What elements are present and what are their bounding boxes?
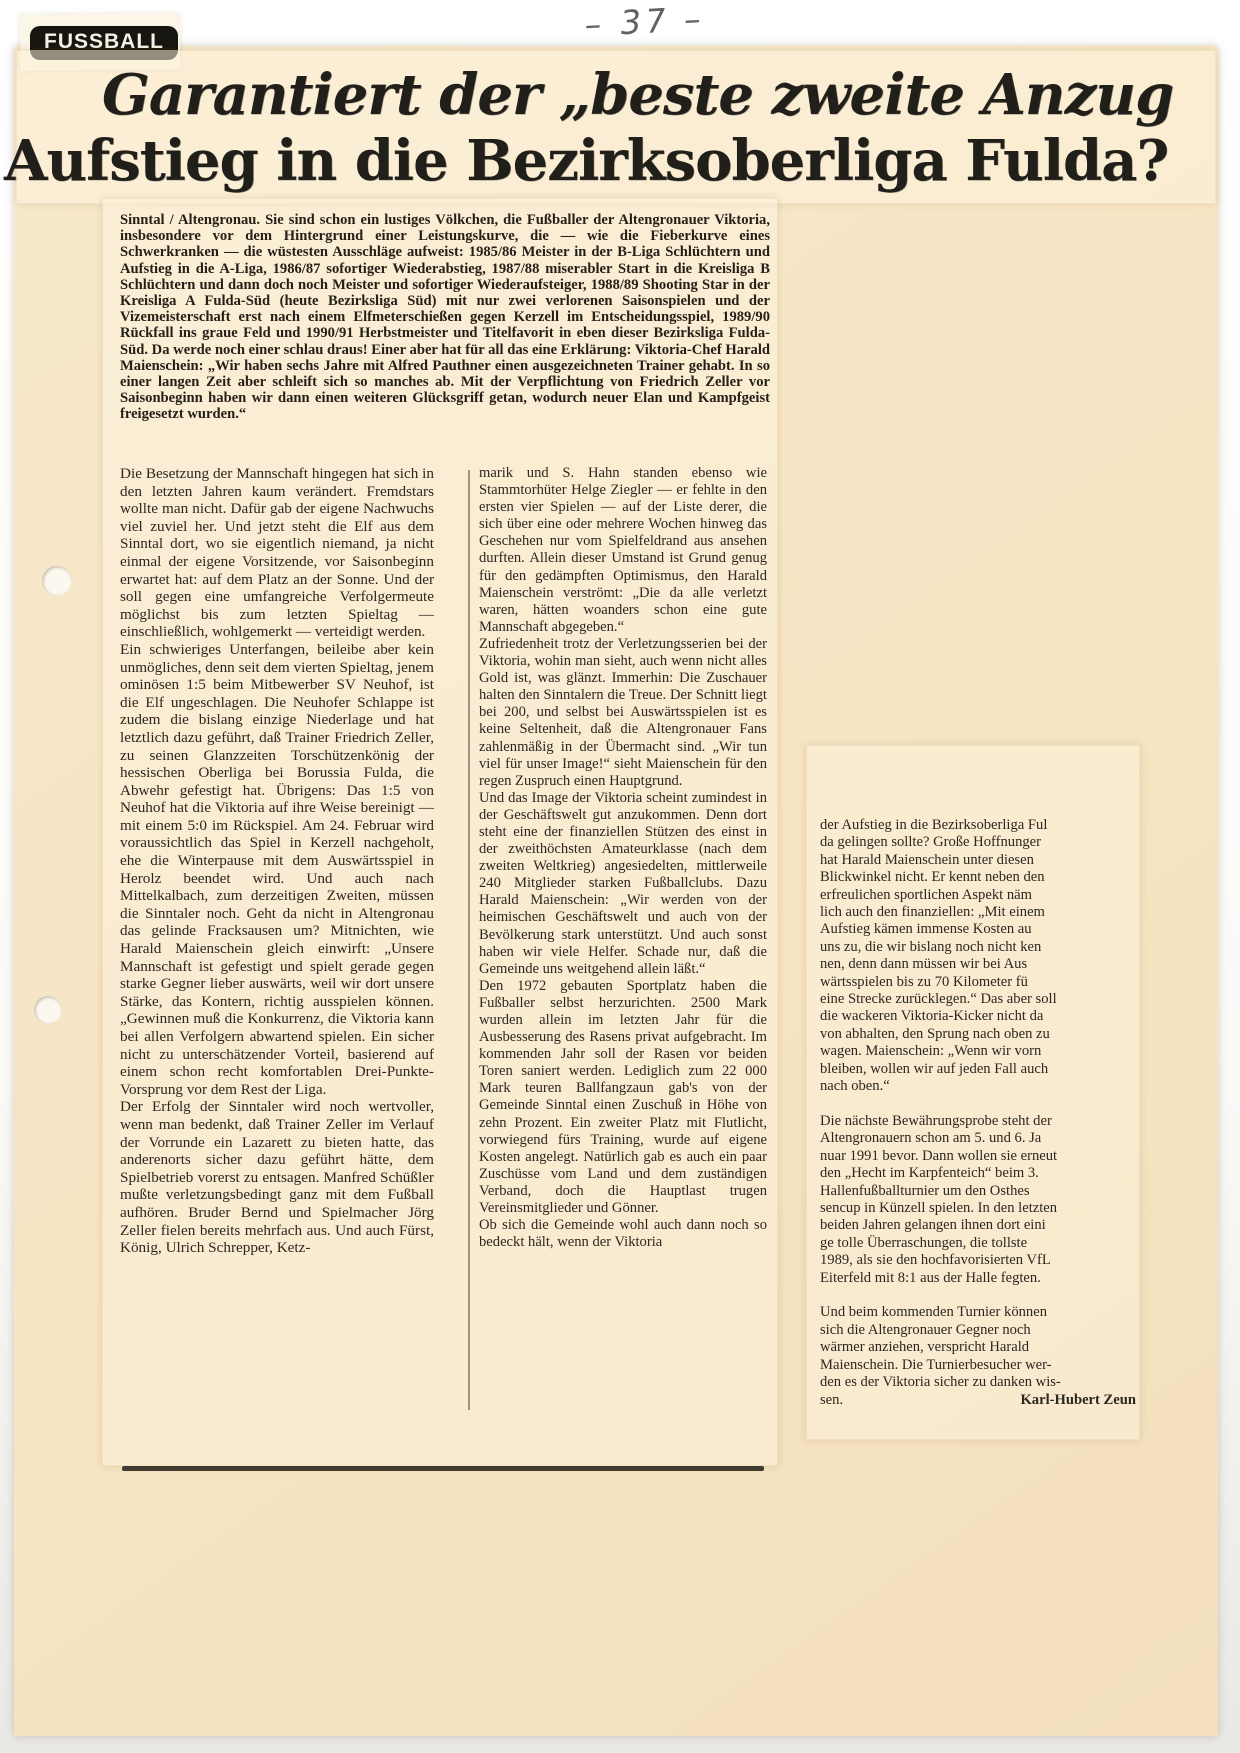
paragraph: Die Besetzung der Mannschaft hingegen ha… xyxy=(120,465,434,641)
paragraph: marik und S. Hahn standen ebenso wie Sta… xyxy=(479,465,767,636)
paragraph: Der Erfolg der Sinntaler wird noch wertv… xyxy=(120,1098,434,1256)
byline-row: sen. Karl-Hubert Zeun xyxy=(820,1392,1136,1409)
last-word: sen. xyxy=(820,1392,843,1409)
article-column-middle: marik und S. Hahn standen ebenso wie Sta… xyxy=(479,465,767,1415)
lead-paragraph: Sinntal / Altengronau. Sie sind schon ei… xyxy=(120,212,770,464)
paragraph: Den 1972 gebauten Sportplatz haben die F… xyxy=(479,978,767,1217)
scanned-newspaper-page: – 37 – FUSSBALL Garantiert der „beste zw… xyxy=(0,0,1240,1753)
paragraph: Und das Image der Viktoria scheint zumin… xyxy=(479,790,767,978)
handwritten-page-number: – 37 – xyxy=(543,0,748,46)
paragraph: Zufriedenheit trotz der Verletzungsserie… xyxy=(479,636,767,790)
punch-hole xyxy=(42,566,72,596)
paragraph: Ob sich die Gemeinde wohl auch dann noch… xyxy=(479,1217,767,1251)
headline-line-2: Aufstieg in die Bezirksoberliga Fulda? xyxy=(4,128,1168,194)
article-column-left: Die Besetzung der Mannschaft hingegen ha… xyxy=(120,465,434,1401)
paragraph: Ein schwieriges Unterfangen, beileibe ab… xyxy=(120,641,434,1098)
author-byline: Karl-Hubert Zeun xyxy=(1020,1392,1136,1409)
headline-line-1: Garantiert der „beste zweite Anzug xyxy=(102,62,1173,128)
punch-hole xyxy=(34,996,62,1024)
column-divider-rule xyxy=(468,470,470,1410)
article-column-right: der Aufstieg in die Bezirksoberliga Ful … xyxy=(820,817,1136,1393)
bottom-rule xyxy=(122,1466,764,1471)
